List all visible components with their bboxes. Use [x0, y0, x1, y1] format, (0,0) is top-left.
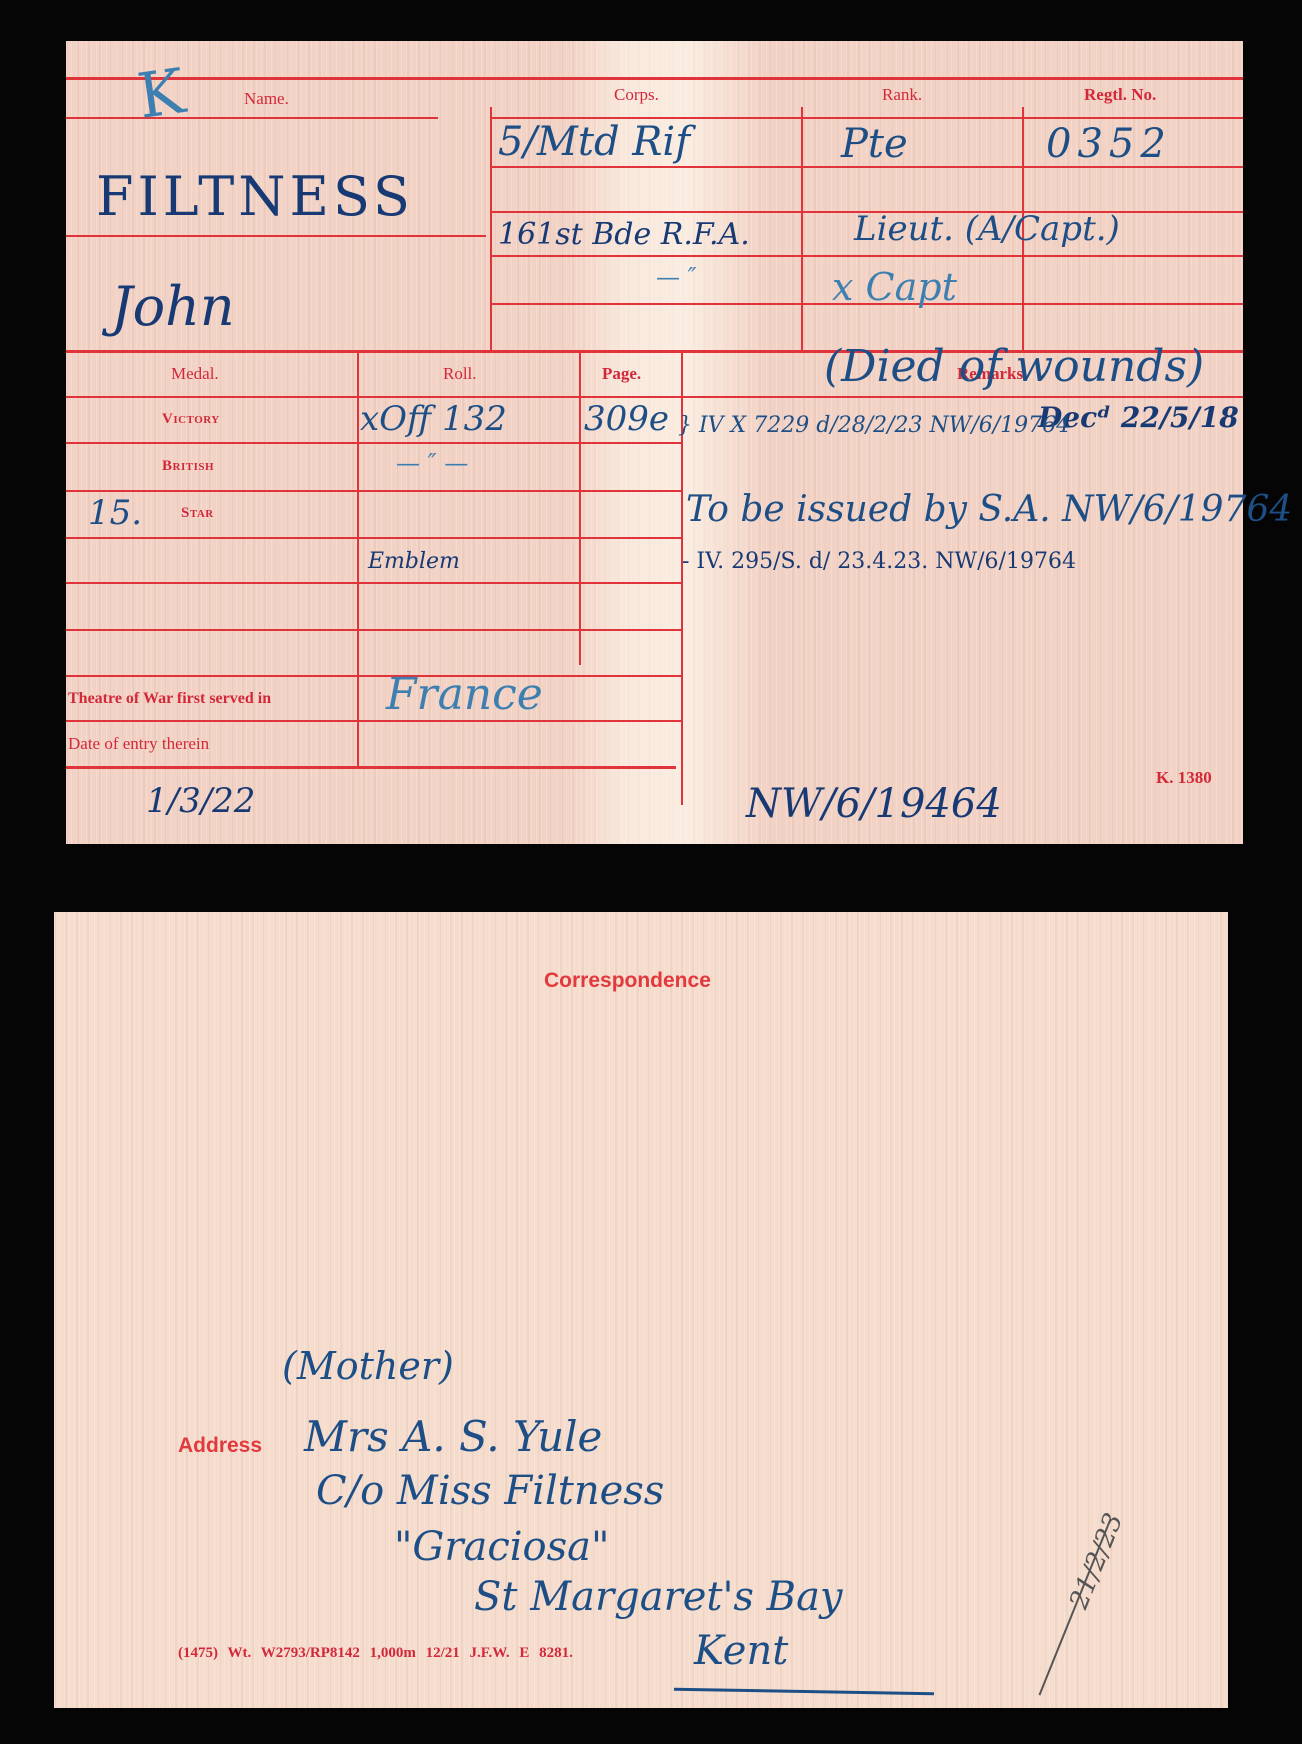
rule-row-4: [66, 582, 681, 584]
rank-entry-3: x Capt: [832, 265, 957, 309]
address-line-4: St Margaret's Bay: [474, 1574, 843, 1620]
corps-entry-2: 161st Bde R.F.A.: [498, 217, 750, 252]
address-underline: [674, 1688, 934, 1696]
victory-roll: xOff 132: [360, 399, 507, 439]
name-header: Name.: [244, 89, 289, 109]
emblem-roll: Emblem: [368, 549, 460, 574]
col-page-left: [579, 350, 581, 665]
address-line-2: C/o Miss Filtness: [316, 1468, 664, 1514]
remark-line-1: } IV X 7229 d/28/2/23 NW/6/19764: [678, 413, 1070, 438]
rule-corps-3: [490, 255, 1243, 257]
forename: John: [111, 275, 235, 338]
medal-index-card-back: Correspondence (Mother) Address Mrs A. S…: [54, 912, 1228, 1708]
british-roll: — ″ —: [396, 449, 468, 477]
corps-entry-1: 5/Mtd Rif: [498, 119, 690, 165]
remark-line-3: - IV. 295/S. d/ 23.4.23. NW/6/19764: [682, 549, 1076, 574]
medal-row-victory: Victory: [162, 411, 220, 428]
form-number: K. 1380: [1156, 768, 1212, 788]
rule-row-6: [66, 675, 681, 677]
rule-name-mid: [66, 235, 486, 237]
address-label: Address: [178, 1434, 262, 1458]
theatre-label: Theatre of War first served in: [68, 690, 271, 708]
col-roll-left: [357, 350, 359, 766]
medal-row-star: Star: [181, 505, 214, 522]
rule-row-7: [66, 720, 681, 722]
remarks-status: (Died of wounds): [824, 341, 1204, 392]
date-entry-label: Date of entry therein: [68, 734, 209, 754]
pencil-date-note: 21/2/23: [1064, 1509, 1129, 1613]
surname: FILTNESS: [96, 165, 414, 228]
rule-header-name: [66, 117, 438, 119]
regtl-no: 0352: [1046, 121, 1172, 167]
relationship-note: (Mother): [282, 1344, 454, 1388]
rule-row-5: [66, 629, 681, 631]
date-bottom-left: 1/3/22: [146, 781, 255, 821]
address-line-5: Kent: [694, 1628, 788, 1674]
rank-entry-1: Pte: [841, 121, 908, 167]
rule-row-1: [66, 442, 681, 444]
theatre-value: France: [386, 669, 543, 720]
remark-line-2: To be issued by S.A. NW/6/19764: [686, 489, 1292, 530]
col-corps-left: [490, 107, 492, 350]
victory-page: 309e: [584, 399, 669, 439]
rule-top: [66, 77, 1243, 80]
file-ref-bottom: NW/6/19464: [746, 781, 1002, 827]
printer-imprint: (1475) Wt. W2793/RP8142 1,000m 12/21 J.F…: [178, 1645, 573, 1662]
corps-entry-3: — ″: [656, 263, 697, 291]
medal-index-card-front: Name. Corps. Rank. Regtl. No. Medal. Rol…: [66, 41, 1243, 844]
star-prefix: 15.: [88, 493, 142, 533]
rule-medal-header: [66, 396, 1243, 398]
roll-header: Roll.: [443, 364, 477, 384]
rule-row-3: [66, 537, 681, 539]
corps-header: Corps.: [614, 85, 659, 105]
rule-row-8: [66, 766, 676, 769]
rank-entry-2: Lieut. (A/Capt.): [854, 209, 1120, 249]
rank-header: Rank.: [882, 85, 922, 105]
page-header: Page.: [602, 364, 641, 384]
col-rank-left: [801, 107, 803, 350]
address-line-1: Mrs A. S. Yule: [304, 1412, 602, 1461]
address-line-3: "Graciosa": [394, 1524, 609, 1570]
medal-header: Medal.: [171, 364, 219, 384]
regtl-no-header: Regtl. No.: [1084, 85, 1156, 105]
rule-row-2: [66, 490, 681, 492]
index-letter: K: [133, 54, 189, 133]
correspondence-title: Correspondence: [544, 969, 711, 993]
medal-row-british: British: [162, 458, 214, 475]
